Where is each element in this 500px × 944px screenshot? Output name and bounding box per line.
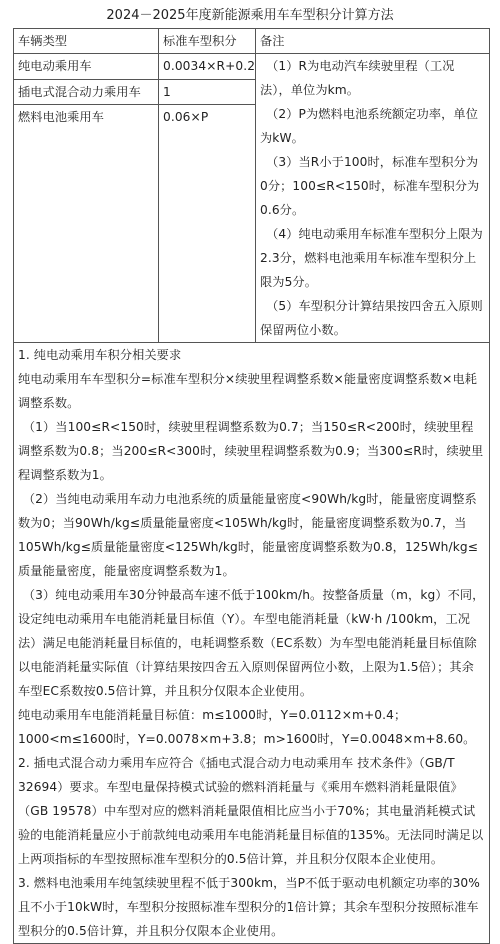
bev-consumption-item: （3）纯电动乘用车30分钟最高车速不低于100km/h。按整备质量（m，kg）不… xyxy=(18,583,485,703)
vehicle-type-cell: 纯电动乘用车 xyxy=(14,54,159,80)
bev-heading: 1. 纯电动乘用车积分相关要求 xyxy=(18,343,485,367)
score-formula-cell: 1 xyxy=(159,79,256,105)
bev-formula: 纯电动乘用车车型积分=标准车型积分×续驶里程调整系数×能量密度调整系数×电耗调整… xyxy=(18,367,485,415)
header-notes: 备注 xyxy=(256,29,490,54)
bev-energy-density-item: （2）当纯电动乘用车动力电池系统的质量能量密度<90Wh/kg时，能量密度调整系… xyxy=(18,487,485,583)
note-item: （5）车型积分计算结果按四舍五入原则保留两位小数。 xyxy=(260,294,485,342)
notes-cell: （1）R为电动汽车续驶里程（工况法），单位为km。 （2）P为燃料电池系统额定功… xyxy=(256,54,490,343)
phev-requirement: 2. 插电式混合动力乘用车应符合《插电式混合动力电动乘用车 技术条件》（GB/T… xyxy=(18,751,485,816)
note-item: （2）P为燃料电池系统额定功率，单位为kW。 xyxy=(260,102,485,150)
vehicle-type-cell: 插电式混合动力乘用车 xyxy=(14,79,159,105)
note-item: （1）R为电动汽车续驶里程（工况法），单位为km。 xyxy=(260,54,485,102)
vehicle-type-cell: 燃料电池乘用车 xyxy=(14,105,159,343)
note-item: （4）纯电动乘用车标准车型积分上限为2.3分，燃料电池乘用车标准车型积分上限为5… xyxy=(260,222,485,294)
table-row: 纯电动乘用车 0.0034×R+0.2 （1）R为电动汽车续驶里程（工况法），单… xyxy=(14,54,490,80)
bev-range-item: （1）当100≤R<150时，续驶里程调整系数为0.7；当150≤R<200时，… xyxy=(18,415,485,487)
bev-target-formula: 纯电动乘用车电能消耗量目标值：m≤1000时，Y=0.0112×m+0.4；10… xyxy=(18,703,485,751)
score-formula-cell: 0.0034×R+0.2 xyxy=(159,54,256,80)
document-title: 2024－2025年度新能源乘用车车型积分计算方法 xyxy=(0,6,500,26)
table-header-row: 车辆类型 标准车型积分 备注 xyxy=(14,29,490,54)
note-item: （3）当R小于100时，标准车型积分为0分；100≤R<150时，标准车型积分为… xyxy=(260,150,485,222)
requirements-cell: 1. 纯电动乘用车积分相关要求 纯电动乘用车车型积分=标准车型积分×续驶里程调整… xyxy=(14,343,490,817)
header-standard-score: 标准车型积分 xyxy=(159,29,256,54)
requirements-row: 1. 纯电动乘用车积分相关要求 纯电动乘用车车型积分=标准车型积分×续驶里程调整… xyxy=(14,343,490,817)
credit-calculation-table: 车辆类型 标准车型积分 备注 纯电动乘用车 0.0034×R+0.2 （1）R为… xyxy=(13,28,490,816)
header-vehicle-type: 车辆类型 xyxy=(14,29,159,54)
score-formula-cell: 0.06×P xyxy=(159,105,256,343)
